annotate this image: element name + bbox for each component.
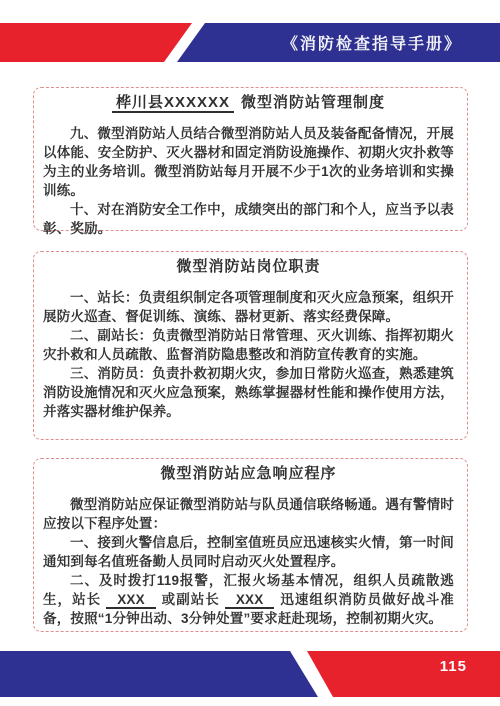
rule-item-9: 九、微型消防站人员结合微型消防站人员及装备配备情况，开展以体能、安全防护、灭火器… <box>43 124 454 200</box>
management-rules-title-text: 微型消防站管理制度 <box>241 94 385 111</box>
page-number: 115 <box>440 658 467 675</box>
page-footer: 115 <box>0 651 500 697</box>
manual-title: 《消防检查指导手册》 <box>282 31 462 54</box>
station-chief-name-blank: XXX <box>106 592 156 609</box>
duty-responsibilities-title: 微型消防站岗位职责 <box>43 258 454 276</box>
duty-deputy-chief: 二、副站长：负责微型消防站日常管理、灭火训练、指挥初期火灾扑救和人员疏散、监督消… <box>43 326 454 364</box>
response-step-2-text-middle: 或副站长 <box>161 592 220 607</box>
emergency-response-title: 微型消防站应急响应程序 <box>43 465 454 483</box>
rule-item-10: 十、对在消防安全工作中，成绩突出的部门和个人，应当予以表彰、奖励。 <box>43 200 454 238</box>
management-rules-title: 桦川县XXXXXX微型消防站管理制度 <box>43 94 454 112</box>
duty-responsibilities-section: 微型消防站岗位职责 一、站长：负责组织制定各项管理制度和灭火应急预案，组织开展防… <box>33 251 468 440</box>
manual-page: 《消防检查指导手册》 桦川县XXXXXX微型消防站管理制度 九、微型消防站人员结… <box>0 0 500 706</box>
duty-station-chief: 一、站长：负责组织制定各项管理制度和灭火应急预案，组织开展防火巡查、督促训练、演… <box>43 288 454 326</box>
page-header: 《消防检查指导手册》 <box>0 23 500 62</box>
emergency-response-intro: 微型消防站应保证微型消防站与队员通信联络畅通。遇有警情时应按以下程序处置： <box>43 495 454 533</box>
county-name-blank: 桦川县XXXXXX <box>112 94 234 113</box>
deputy-chief-name-blank: XXX <box>225 592 275 609</box>
duty-firefighter: 三、消防员：负责扑救初期火灾，参加日常防火巡查，熟悉建筑消防设施情况和灭火应急预… <box>43 364 454 421</box>
emergency-response-section: 微型消防站应急响应程序 微型消防站应保证微型消防站与队员通信联络畅通。遇有警情时… <box>33 458 468 632</box>
response-step-1: 一、接到火警信息后，控制室值班员应迅速核实火情，第一时间通知到每名值班备勤人员同… <box>43 533 454 571</box>
management-rules-section: 桦川县XXXXXX微型消防站管理制度 九、微型消防站人员结合微型消防站人员及装备… <box>33 87 468 231</box>
response-step-2: 二、及时拨打119报警，汇报火场基本情况，组织人员疏散逃生，站长XXX或副站长X… <box>43 571 454 628</box>
